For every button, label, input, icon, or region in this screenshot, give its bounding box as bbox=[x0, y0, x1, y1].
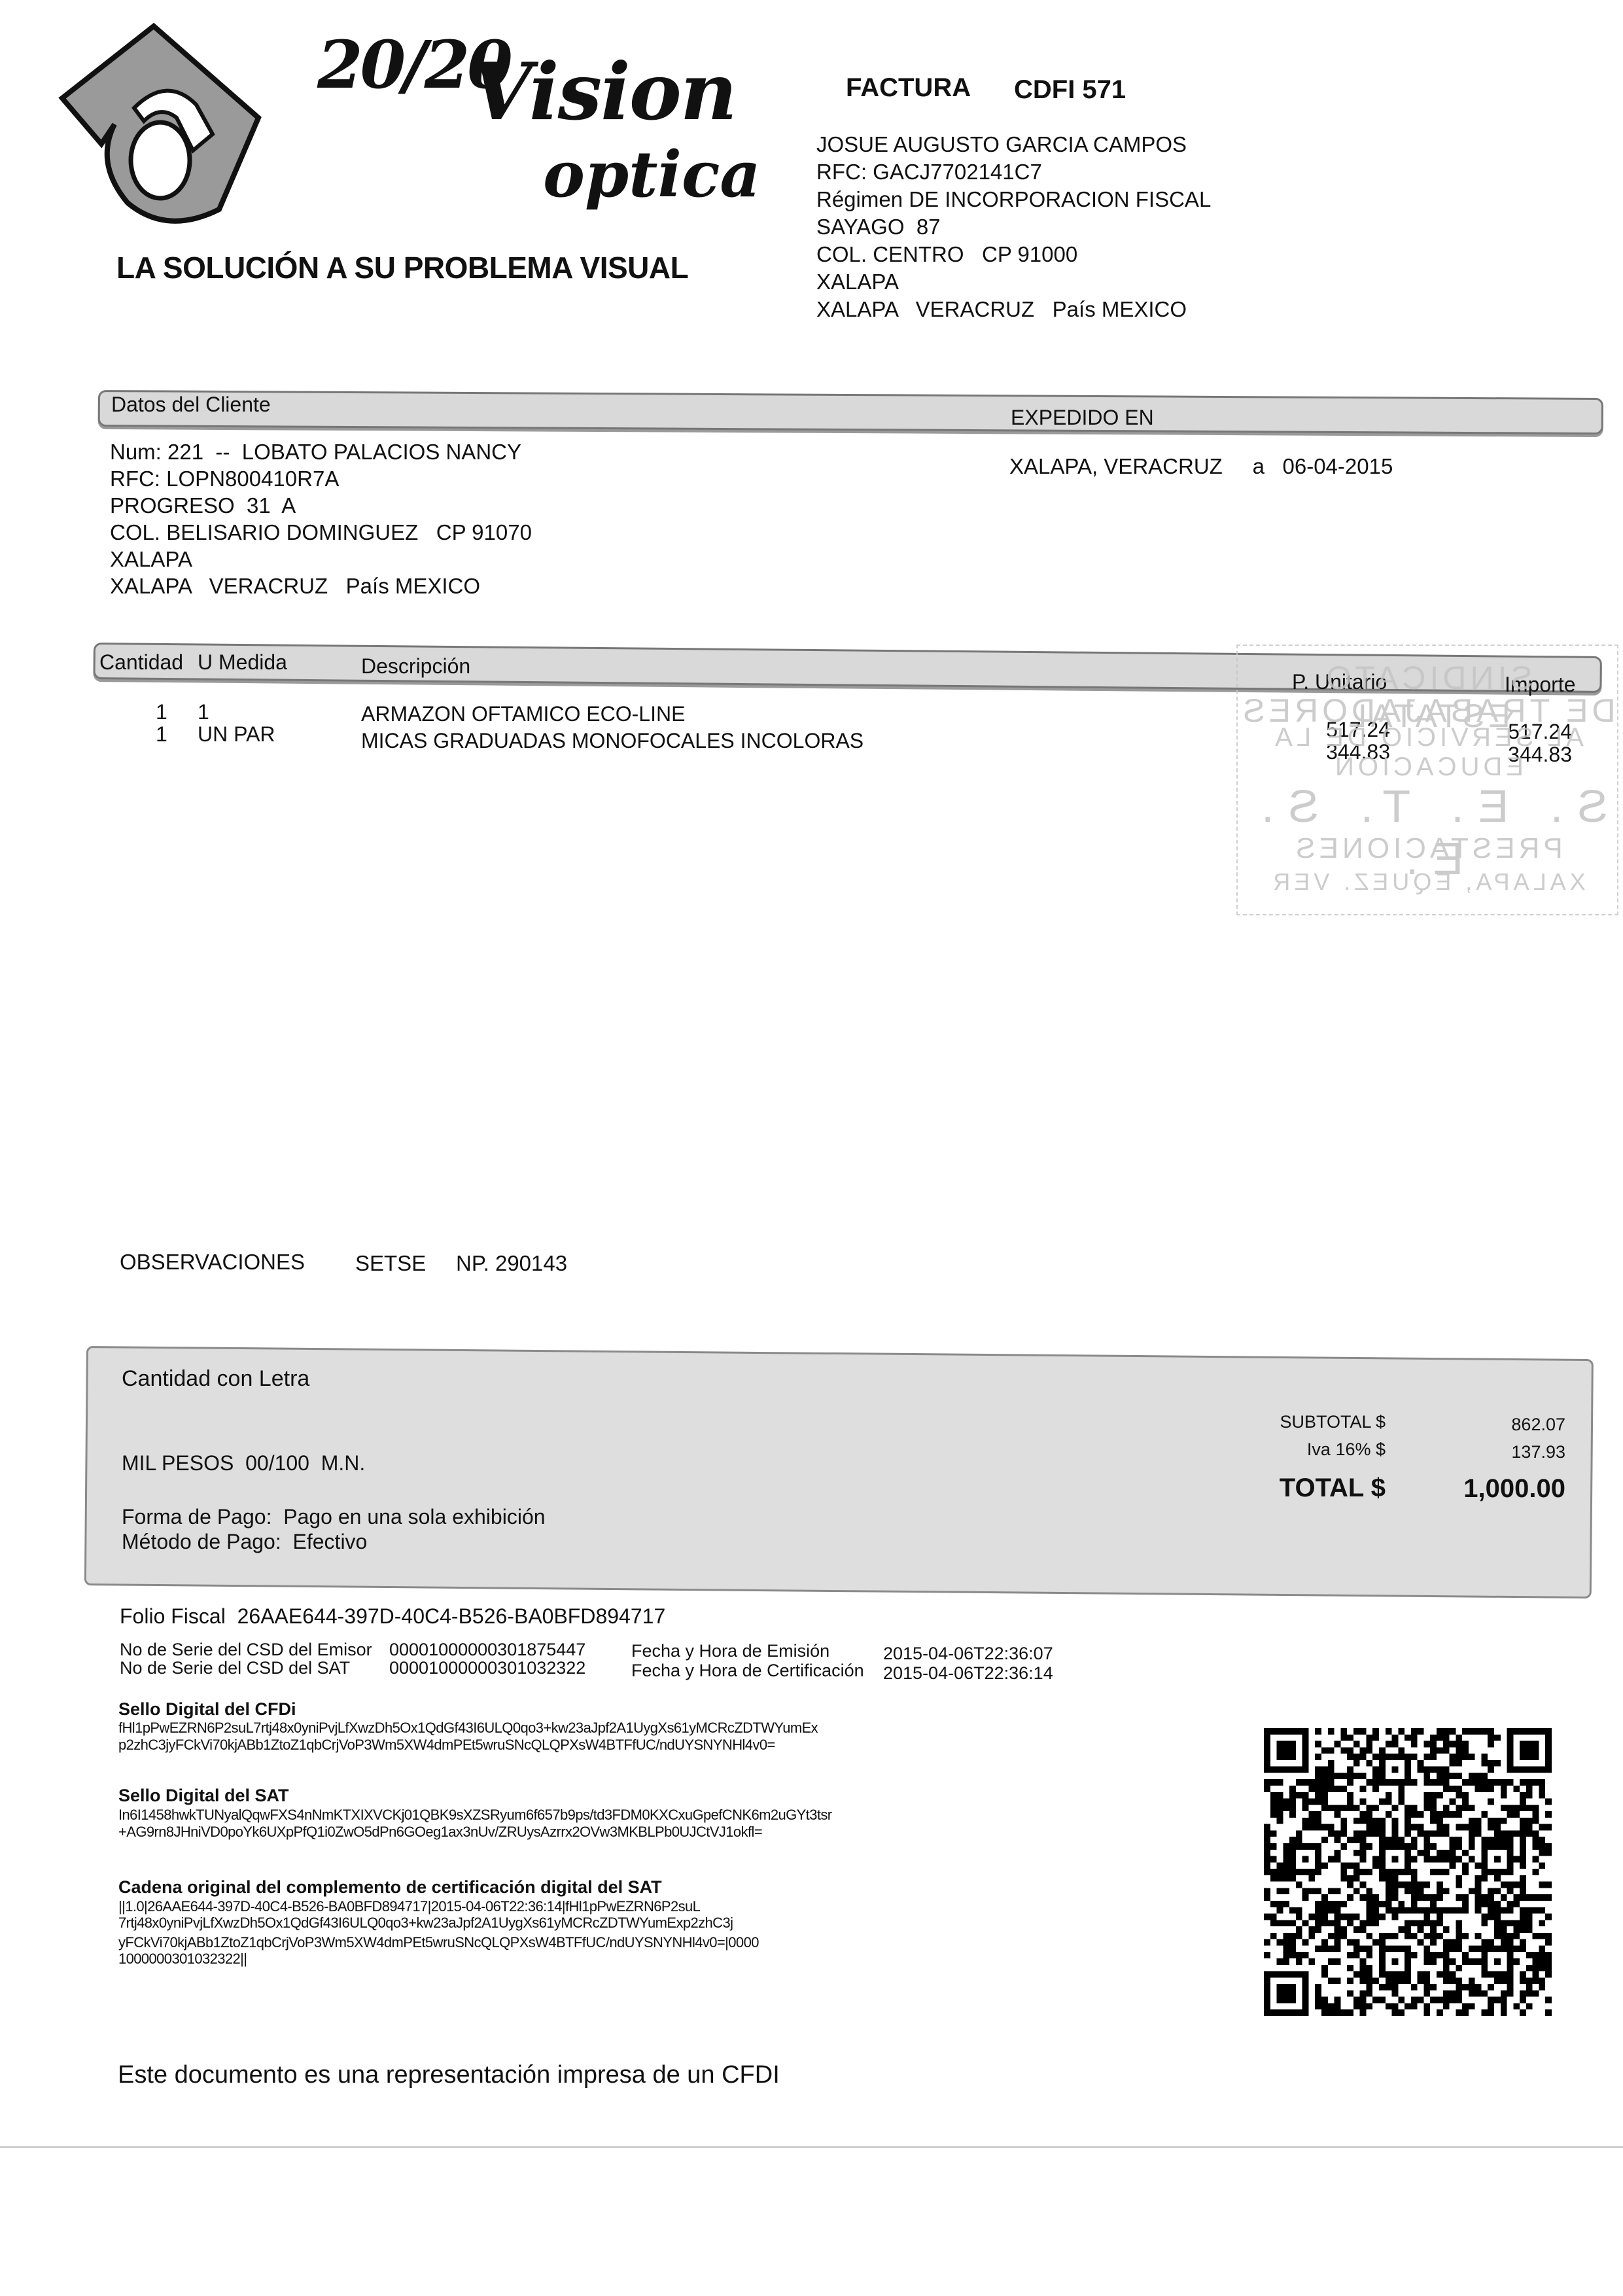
row-precio-unitario: 344.83 bbox=[1325, 740, 1390, 764]
sello-cfdi-line: fHl1pPwEZRN6P2suL7rtj48x0yniPvjLfXwzDh5O… bbox=[118, 1720, 818, 1737]
invoice-folio: CDFI 571 bbox=[1014, 75, 1126, 105]
stamp-line: XALAPA, EQUEZ. VER bbox=[1238, 868, 1617, 896]
iva-value: 137.93 bbox=[1402, 1442, 1565, 1462]
emisor-rfc: RFC: GACJ7702141C7 bbox=[816, 158, 1211, 186]
brand-slogan: LA SOLUCIÓN A SU PROBLEMA VISUAL bbox=[116, 250, 688, 285]
emisor-block: JOSUE AUGUSTO GARCIA CAMPOS RFC: GACJ770… bbox=[816, 131, 1211, 323]
emisor-street: SAYAGO 87 bbox=[816, 213, 1211, 241]
column-header-unidad: U Medida bbox=[198, 650, 287, 675]
emisor-regimen: Régimen DE INCORPORACION FISCAL bbox=[816, 186, 1211, 213]
stamp-line: S. E. T. S. E. bbox=[1238, 780, 1617, 885]
cliente-street: PROGRESO 31 A bbox=[110, 492, 532, 519]
emisor-city: XALAPA bbox=[816, 268, 1211, 296]
folio-fiscal: Folio Fiscal 26AAE644-397D-40C4-B526-BA0… bbox=[120, 1604, 665, 1629]
metodo-pago: Método de Pago: Efectivo bbox=[122, 1530, 367, 1554]
fecha-cert-label: Fecha y Hora de Certificación bbox=[631, 1661, 864, 1681]
cliente-block: Num: 221 -- LOBATO PALACIOS NANCY RFC: L… bbox=[110, 438, 532, 599]
total-label: TOTAL $ bbox=[1189, 1474, 1386, 1503]
row-cantidad: 1 bbox=[156, 700, 167, 724]
row-unidad: UN PAR bbox=[198, 722, 275, 747]
row-unidad: 1 bbox=[198, 700, 209, 724]
column-header-cantidad: Cantidad bbox=[99, 650, 183, 675]
row-precio-unitario: 517.24 bbox=[1325, 718, 1390, 742]
observaciones-label: OBSERVACIONES bbox=[120, 1250, 305, 1275]
subtotal-value: 862.07 bbox=[1402, 1415, 1565, 1435]
csd-emisor-value: 00001000000301875447 bbox=[389, 1640, 585, 1660]
emisor-name: JOSUE AUGUSTO GARCIA CAMPOS bbox=[816, 131, 1211, 158]
page-edge bbox=[0, 2146, 1623, 2148]
expedido-value: XALAPA, VERACRUZ a 06-04-2015 bbox=[1009, 454, 1393, 479]
cantidad-letra-value: MIL PESOS 00/100 M.N. bbox=[122, 1451, 365, 1475]
expedido-section-label: EXPEDIDO EN bbox=[1011, 406, 1154, 430]
forma-pago: Forma de Pago: Pago en una sola exhibici… bbox=[122, 1505, 546, 1529]
fecha-cert-value: 2015-04-06T22:36:14 bbox=[883, 1663, 1053, 1684]
stamp-line: PRESTACIONES bbox=[1238, 832, 1617, 865]
cantidad-letra-label: Cantidad con Letra bbox=[122, 1366, 309, 1392]
eye-logo-icon bbox=[56, 20, 271, 236]
cliente-colonia: COL. BELISARIO DOMINGUEZ CP 91070 bbox=[110, 519, 532, 546]
cadena-original-line: 1000000301032322|| bbox=[118, 1951, 247, 1968]
cliente-rfc: RFC: LOPN800410R7A bbox=[110, 465, 532, 492]
sello-sat-line: In6I1458hwkTUNyalQqwFXS4nNmKTXIXVCKj01QB… bbox=[118, 1807, 831, 1824]
row-cantidad: 1 bbox=[156, 722, 167, 747]
invoice-title: FACTURA bbox=[846, 73, 971, 103]
cliente-name: Num: 221 -- LOBATO PALACIOS NANCY bbox=[110, 438, 532, 465]
fecha-emision-value: 2015-04-06T22:36:07 bbox=[883, 1644, 1053, 1664]
brand-name-optica: optica bbox=[543, 137, 761, 211]
csd-emisor-label: No de Serie del CSD del Emisor bbox=[120, 1640, 372, 1660]
cadena-original-title: Cadena original del complemento de certi… bbox=[118, 1877, 662, 1898]
cliente-section-bar bbox=[98, 390, 1603, 434]
cliente-state-country: XALAPA VERACRUZ País MEXICO bbox=[110, 573, 532, 599]
qr-code-icon bbox=[1264, 1728, 1552, 2016]
cliente-city: XALAPA bbox=[110, 546, 532, 573]
column-header-descripcion: Descripción bbox=[361, 654, 470, 679]
observaciones-value: SETSE NP. 290143 bbox=[355, 1251, 567, 1276]
sello-sat-line: +AG9rn8JHniVD0poYk6UXpPfQ1i0ZwO5dPn6GOeg… bbox=[118, 1824, 762, 1841]
csd-sat-label: No de Serie del CSD del SAT bbox=[120, 1658, 350, 1678]
cadena-original-line: yFCkVi70kjABb1ZtoZ1qbCrjVoP3Wm5XW4dmPEt5… bbox=[118, 1934, 759, 1951]
row-descripcion: MICAS GRADUADAS MONOFOCALES INCOLORAS bbox=[361, 729, 864, 753]
sello-cfdi-line: p2zhC3jyFCkVi70kjABb1ZtoZ1qbCrjVoP3Wm5XW… bbox=[118, 1737, 775, 1754]
total-value: 1,000.00 bbox=[1369, 1474, 1565, 1504]
row-importe: 517.24 bbox=[1507, 720, 1572, 744]
csd-sat-value: 00001000000301032322 bbox=[389, 1658, 585, 1678]
column-header-precio-unitario: P. Unitario bbox=[1292, 670, 1387, 694]
emisor-colonia: COL. CENTRO CP 91000 bbox=[816, 241, 1211, 268]
row-descripcion: ARMAZON OFTAMICO ECO-LINE bbox=[361, 702, 685, 726]
fecha-emision-label: Fecha y Hora de Emisión bbox=[631, 1641, 829, 1661]
iva-label: Iva 16% $ bbox=[1189, 1439, 1386, 1460]
emisor-state-country: XALAPA VERACRUZ País MEXICO bbox=[816, 296, 1211, 323]
cfdi-footer-note: Este documento es una representación imp… bbox=[118, 2061, 780, 2089]
sello-cfdi-title: Sello Digital del CFDi bbox=[118, 1699, 296, 1720]
sello-sat-title: Sello Digital del SAT bbox=[118, 1786, 289, 1806]
cliente-section-label: Datos del Cliente bbox=[111, 393, 271, 417]
subtotal-label: SUBTOTAL $ bbox=[1189, 1412, 1386, 1432]
row-importe: 344.83 bbox=[1507, 743, 1572, 767]
column-header-importe: Importe bbox=[1505, 673, 1575, 697]
brand-name-vision: Vision bbox=[471, 46, 736, 138]
cadena-original-line: 7rtj48x0yniPvjLfXwzDh5Ox1QdGf43I6ULQ0qo3… bbox=[118, 1915, 733, 1932]
cadena-original-line: ||1.0|26AAE644-397D-40C4-B526-BA0BFD8947… bbox=[118, 1898, 700, 1915]
